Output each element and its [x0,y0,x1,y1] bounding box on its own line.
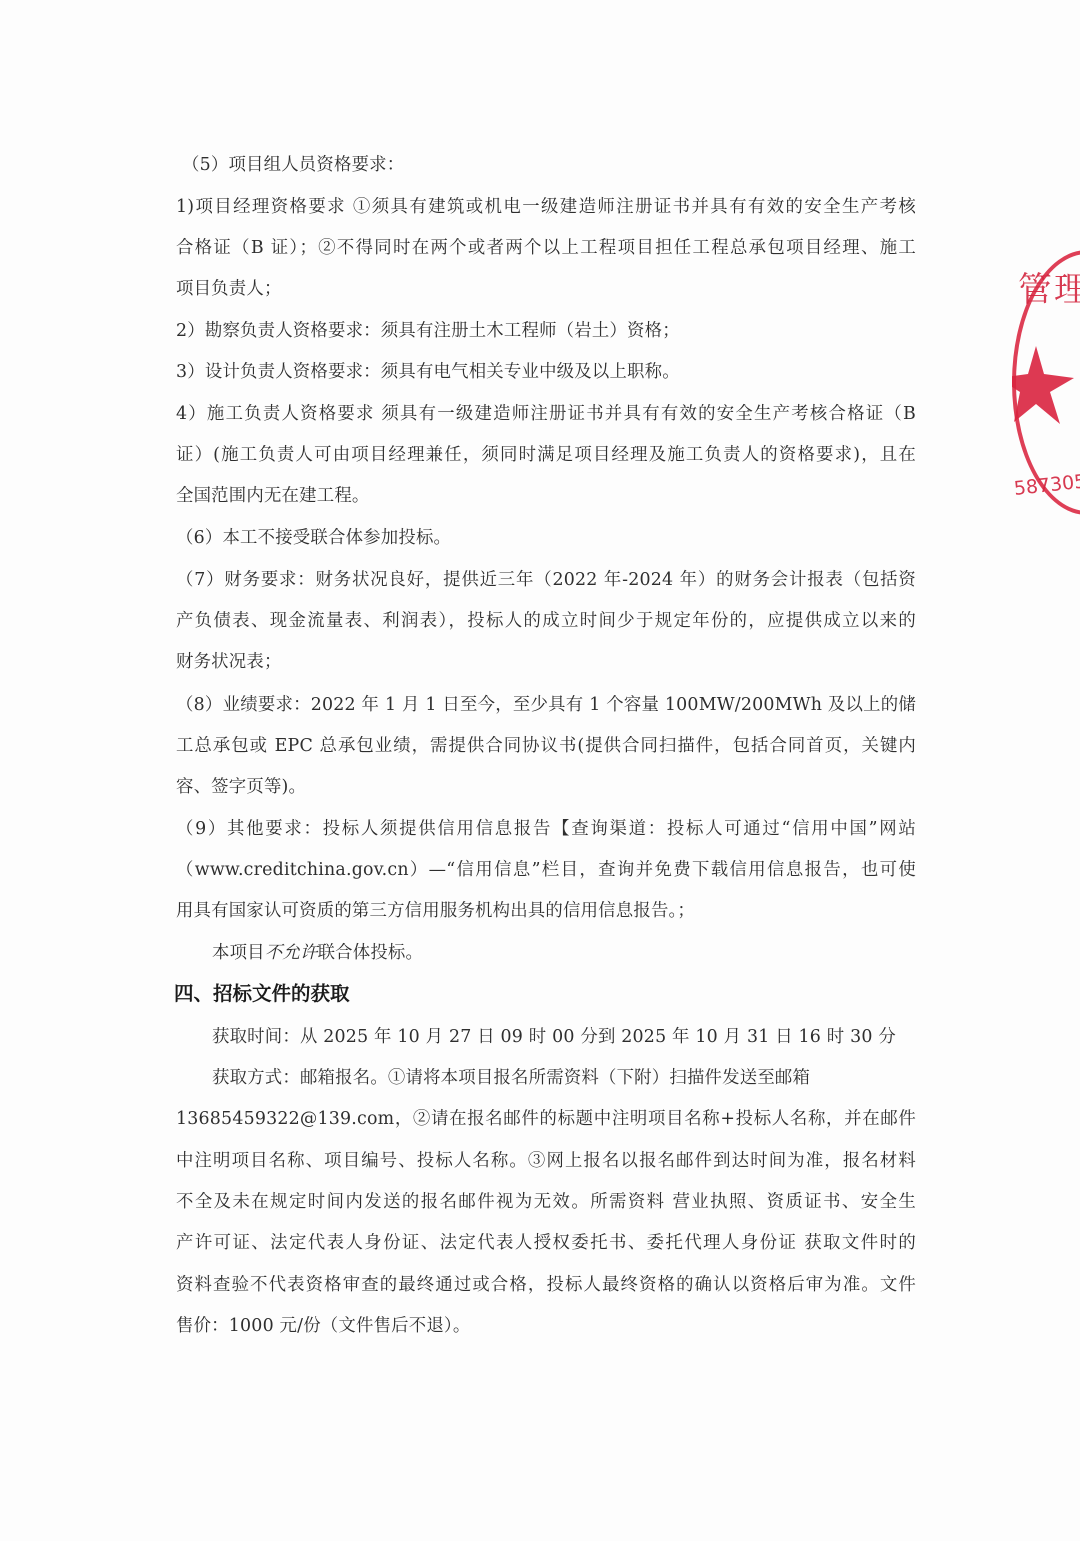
section-7-line-3: 财务状况表； [176,651,916,673]
section-5-line-6: 4）施工负责人资格要求 须具有一级建造师注册证书并具有有效的安全生产考核合格证（… [176,403,916,425]
section-8-line-1: （8）业绩要求：2022 年 1 月 1 日至今，至少具有 1 个容量 100M… [176,694,916,716]
seal-top-text: 管理 [1018,262,1080,311]
acquisition-method-line-3: 中注明项目名称、项目编号、投标人名称。③网上报名以报名邮件到达时间为准，报名材料 [176,1150,916,1172]
acquisition-method-line-2: 13685459322@139.com，②请在报名邮件的标题中注明项目名称+投标… [176,1108,916,1130]
consortium-note: 本项目不允许联合体投标。 [212,942,916,964]
acquisition-method-line-6: 资料查验不代表资格审查的最终通过或合格，投标人最终资格的确认以资格后审为准。文件 [176,1274,916,1296]
document-page: （5）项目组人员资格要求： 1)项目经理资格要求 ①须具有建筑或机电一级建造师注… [0,0,1080,1541]
section-9-line-1: （9）其他要求：投标人须提供信用信息报告【查询渠道：投标人可通过“信用中国”网站 [176,818,916,840]
section-4-heading: 四、招标文件的获取 [174,982,350,1006]
consortium-note-suffix: 联合体投标。 [318,943,424,963]
section-9-line-3: 用具有国家认可资质的第三方信用服务机构出具的信用信息报告。； [176,900,916,922]
section-5-line-1: 1)项目经理资格要求 ①须具有建筑或机电一级建造师注册证书并具有有效的安全生产考… [176,196,916,218]
acquisition-method-line-5: 产许可证、法定代表人身份证、法定代表人授权委托书、委托代理人身份证 获取文件时的 [176,1232,916,1254]
acquisition-time: 获取时间：从 2025 年 10 月 27 日 09 时 00 分到 2025 … [212,1026,916,1048]
consortium-note-emphasis: 不允许 [265,943,318,963]
section-9-line-2: （www.creditchina.gov.cn）—“信用信息”栏目，查询并免费下… [176,859,916,881]
section-5-line-3: 项目负责人； [176,278,916,300]
section-7-line-1: （7）财务要求：财务状况良好，提供近三年（2022 年-2024 年）的财务会计… [176,569,916,591]
acquisition-method-line-4: 不全及未在规定时间内发送的报名邮件视为无效。所需资料 营业执照、资质证书、安全生 [176,1191,916,1213]
section-8-line-2: 工总承包或 EPC 总承包业绩，需提供合同协议书(提供合同扫描件，包括合同首页，… [176,735,916,757]
acquisition-method-line-7: 售价：1000 元/份（文件售后不退）。 [176,1315,916,1337]
section-5-line-4: 2）勘察负责人资格要求：须具有注册土木工程师（岩土）资格； [176,320,916,342]
section-6-line: （6）本工不接受联合体参加投标。 [176,527,916,549]
section-5-line-2: 合格证（B 证）；②不得同时在两个或者两个以上工程项目担任工程总承包项目经理、施… [176,237,916,259]
section-5-line-7: 证）(施工负责人可由项目经理兼任，须同时满足项目经理及施工负责人的资格要求)，且… [176,444,916,466]
acquisition-method-line-1: 获取方式：邮箱报名。①请将本项目报名所需资料（下附）扫描件发送至邮箱 [212,1067,916,1089]
section-8-line-3: 容、签字页等)。 [176,776,916,798]
section-5-line-8: 全国范围内无在建工程。 [176,485,916,507]
consortium-note-prefix: 本项目 [212,943,265,963]
section-5-title: （5）项目组人员资格要求： [182,154,922,176]
star-icon [1012,340,1076,430]
section-7-line-2: 产负债表、现金流量表、利润表），投标人的成立时间少于规定年份的，应提供成立以来的 [176,610,916,632]
section-5-line-5: 3）设计负责人资格要求：须具有电气相关专业中级及以上职称。 [176,361,916,383]
